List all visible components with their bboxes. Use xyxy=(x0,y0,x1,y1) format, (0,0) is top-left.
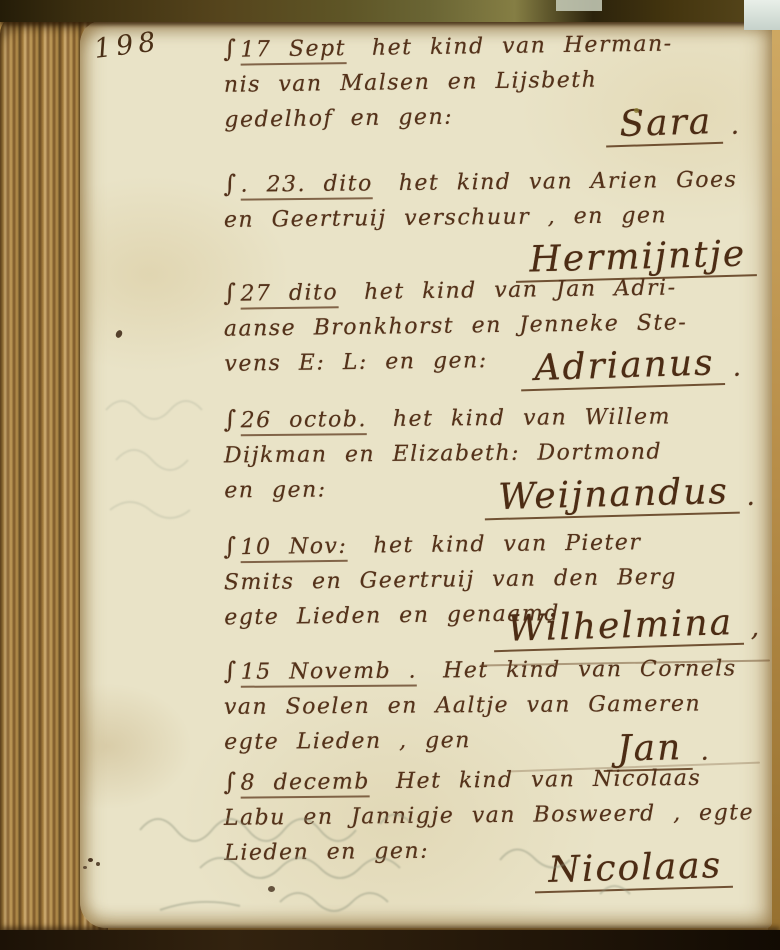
entry-text: het kind van Pieter xyxy=(373,530,641,558)
entry-date: 10 Nov: xyxy=(240,534,347,563)
baptism-entry-2: ∫. 23. ditohet kind van Arien Goes en Ge… xyxy=(223,161,768,284)
entry-text: het kind van Herman- xyxy=(372,32,673,61)
entry-line: en Geertruij verschuur , en gen xyxy=(224,197,768,238)
entry-flourish-mark: ∫ xyxy=(223,768,237,796)
entry-date: . 23. dito xyxy=(240,171,372,200)
entry-line: ∫26 octob.het kind van Willem xyxy=(223,398,767,439)
entry-date: 26 octob. xyxy=(241,407,367,436)
entry-line: ∫. 23. ditohet kind van Arien Goes xyxy=(223,161,767,203)
baptism-entry-4: ∫26 octob.het kind van Willem Dijkman en… xyxy=(223,398,768,521)
child-name: Weijnandus xyxy=(483,474,739,521)
baptism-entry-5: ∫10 Nov:het kind van Pieter Smits en Gee… xyxy=(223,523,768,654)
baptism-entry-1: ∫17 Septhet kind van Herman- nis van Mal… xyxy=(223,24,769,152)
entry-text: het kind van Jan Adri- xyxy=(364,275,677,304)
ink-blot xyxy=(83,866,87,869)
page-surface: 198 ∫17 Septhet kind van Herman- nis van… xyxy=(80,20,772,928)
entry-flourish-mark: ∫ xyxy=(223,170,237,198)
entry-date: 15 Novemb . xyxy=(241,659,418,688)
name-suffix: . xyxy=(733,353,743,383)
entry-flourish-mark: ∫ xyxy=(224,405,238,433)
entry-line: Labu en Jannigje van Bosweerd , egte xyxy=(224,795,768,836)
ink-blot xyxy=(96,862,100,866)
name-suffix: . xyxy=(746,482,756,512)
background-patch xyxy=(556,0,602,11)
entry-text: het kind van Arien Goes xyxy=(399,167,738,196)
entry-text: het kind van Willem xyxy=(393,404,671,431)
ink-blot xyxy=(88,858,93,862)
child-name: Sara xyxy=(605,104,723,148)
page-number: 198 xyxy=(92,26,162,65)
child-name: Nicolaas xyxy=(534,848,733,894)
entry-line: Dijkman en Elizabeth: Dortmond xyxy=(224,434,768,474)
entry-flourish-mark: ∫ xyxy=(223,279,237,307)
baptism-entry-6: ∫15 Novemb .Het kind van Cornels van Soe… xyxy=(224,650,769,774)
paper-speck xyxy=(634,108,639,113)
entry-line: van Soelen en Aaltje van Gameren xyxy=(224,686,768,725)
name-suffix: . xyxy=(731,111,741,141)
child-name: Adrianus xyxy=(520,345,725,391)
ink-blot xyxy=(268,886,275,892)
entry-date: 17 Sept xyxy=(240,36,346,65)
entry-date: 27 dito xyxy=(240,280,338,309)
background-patch-right xyxy=(744,0,780,30)
register-scan: 198 ∫17 Septhet kind van Herman- nis van… xyxy=(0,0,780,950)
entry-date: 8 decemb xyxy=(240,769,370,798)
baptism-entry-7: ∫8 decembHet kind van Nicolaas Labu en J… xyxy=(223,759,768,895)
entry-flourish-mark: ∫ xyxy=(223,532,237,560)
page-content: 198 ∫17 Septhet kind van Herman- nis van… xyxy=(80,20,772,928)
entry-flourish-mark: ∫ xyxy=(224,657,238,685)
ink-blot xyxy=(114,329,123,339)
entry-flourish-mark: ∫ xyxy=(223,35,237,63)
name-suffix: , xyxy=(751,613,761,643)
entry-line: ∫15 Novemb .Het kind van Cornels xyxy=(224,650,768,690)
book-bottom-band xyxy=(0,930,780,950)
baptism-entry-3: ∫27 ditohet kind van Jan Adri- aanse Bro… xyxy=(223,268,769,394)
book-top-band xyxy=(0,0,780,22)
child-name: Wilhelmina xyxy=(492,605,743,652)
